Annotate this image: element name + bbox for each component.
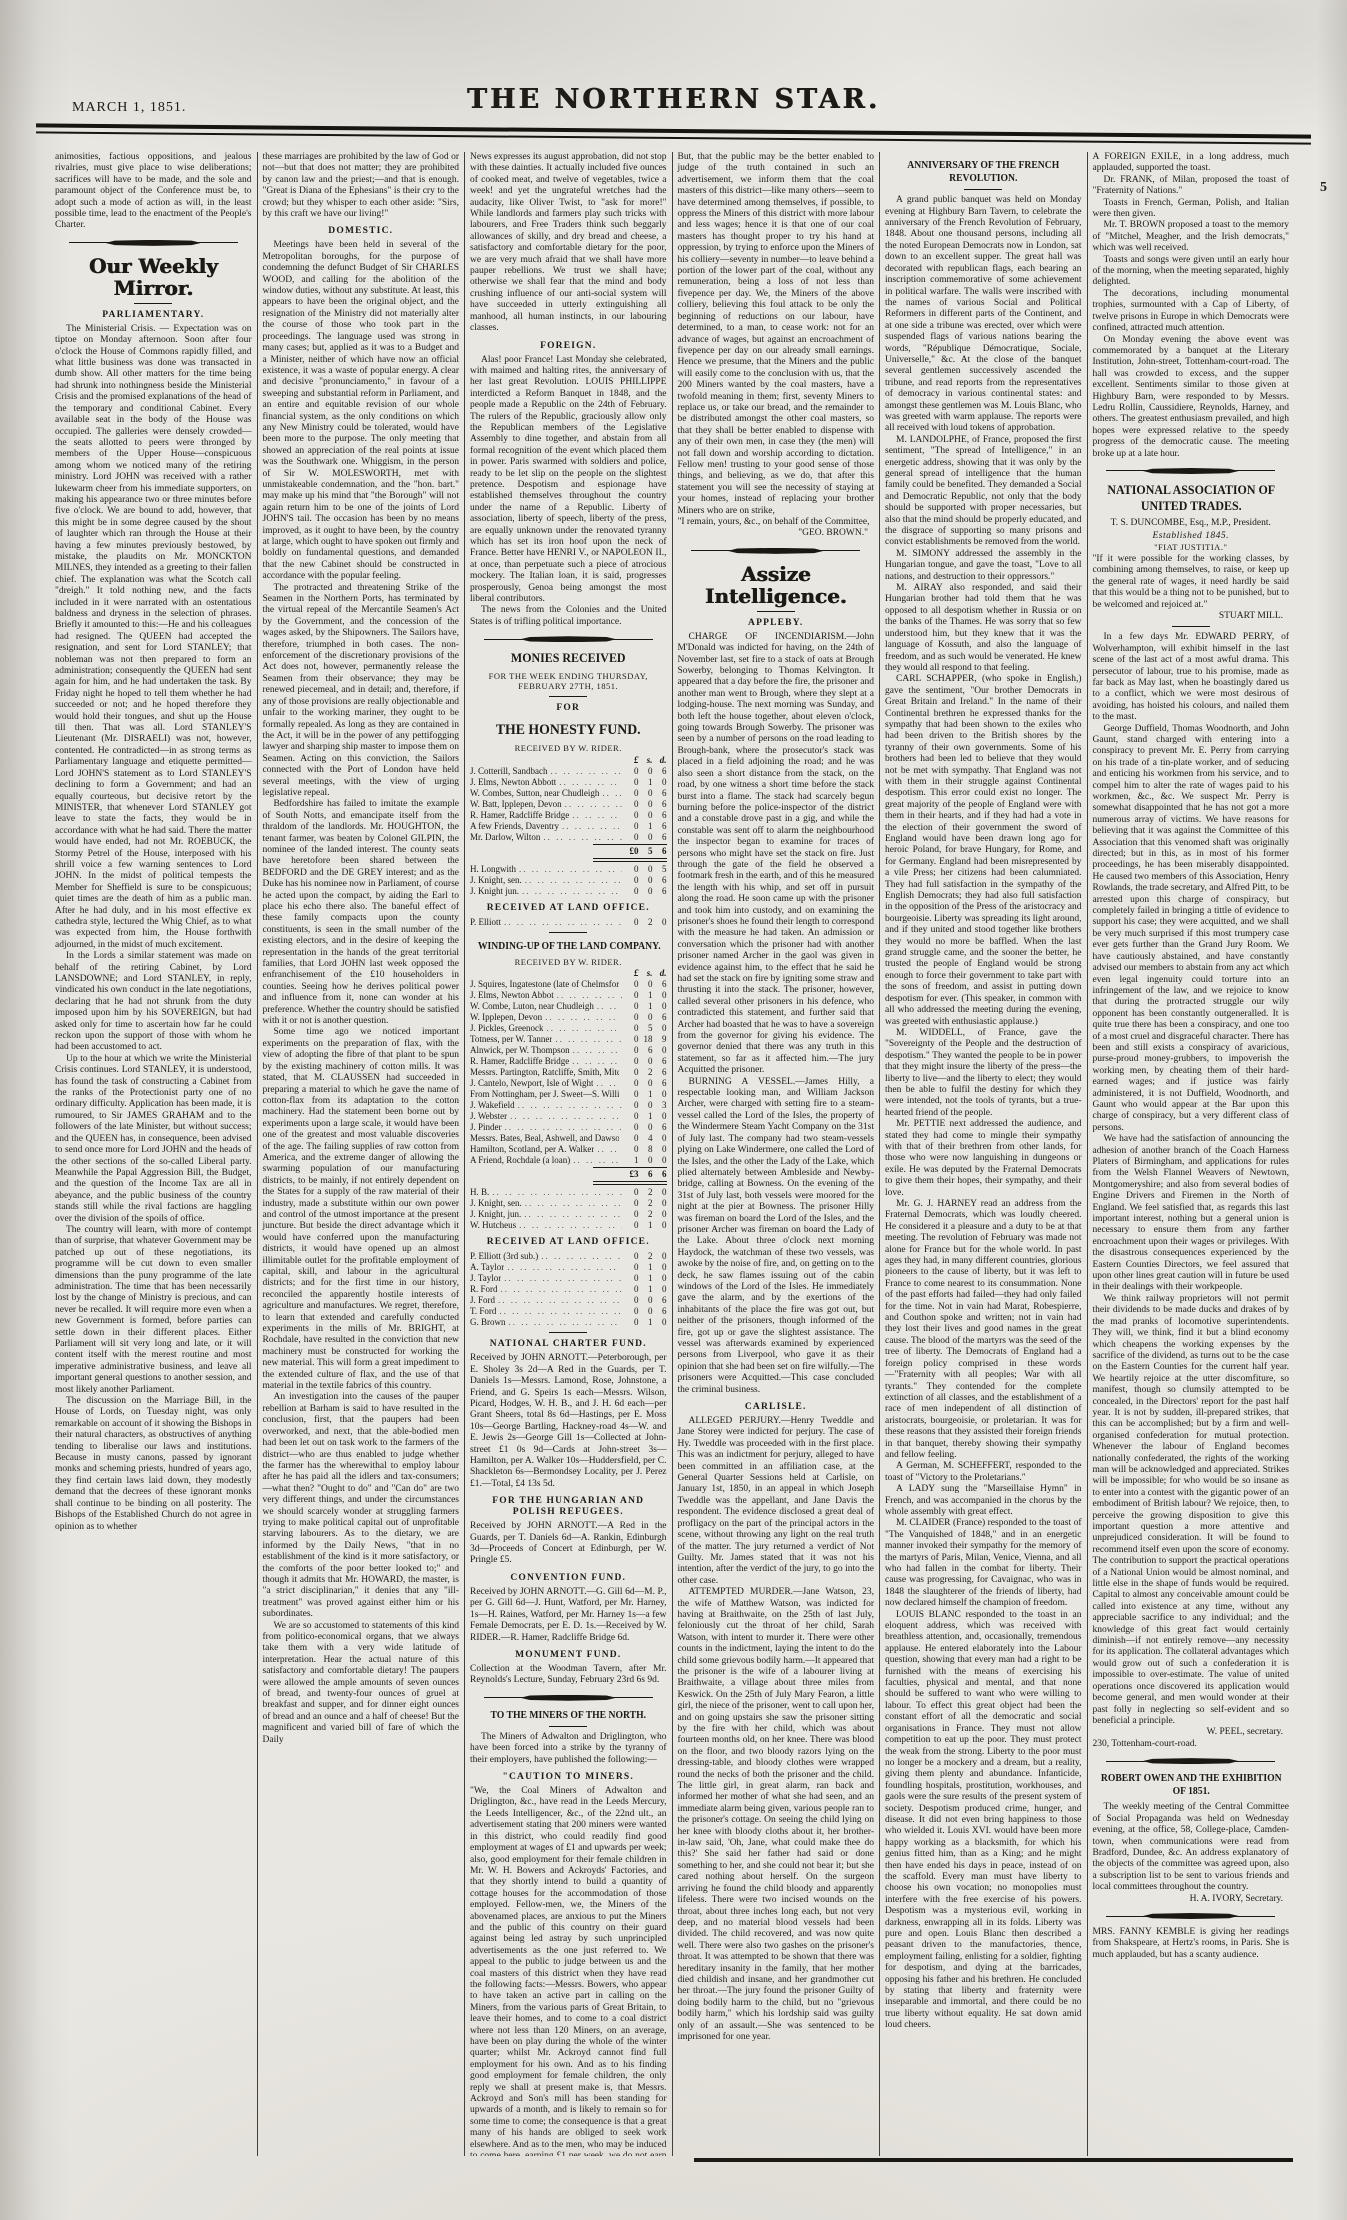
fund-amount: 0 (625, 864, 639, 875)
column-layout: animosities, factious oppositions, and j… (50, 152, 1294, 2156)
fund-amount: 6 (653, 1067, 667, 1078)
article-paragraph: Toasts in French, German, Polish, and It… (1093, 198, 1290, 221)
signature-line: H. A. IVORY, Secretary. (1093, 1894, 1290, 1905)
dot-leader: .. .. .. .. .. .. .. .. .. .. .. .. .. .… (509, 1317, 622, 1328)
fund-donor-name: P. Elliott (470, 917, 501, 928)
fund-amount: 0 (653, 1317, 667, 1328)
dot-leader: .. .. .. .. .. .. .. .. .. .. .. .. .. .… (501, 1284, 622, 1295)
newspaper-column: animosities, factious oppositions, and j… (50, 152, 257, 2156)
article-paragraph: A LADY sung the "Marseillaise Hymn" in F… (885, 1484, 1082, 1518)
section-heading: FOR (470, 703, 667, 714)
fund-donor-name: W. Combes, Sutton, near Chudleigh (470, 788, 599, 799)
fund-row: J. Wakefield .. .. .. .. .. .. .. .. .. … (470, 1100, 667, 1111)
newspaper-column: A FOREIGN EXILE, in a long address, much… (1087, 152, 1295, 2156)
fund-amount: 0 (653, 1023, 667, 1034)
fund-amount: 0 (639, 788, 653, 799)
masthead-title: THE NORTHERN STAR. (0, 84, 1347, 115)
fund-donor-name: W. Hutcheus (470, 1220, 516, 1231)
fund-amount: 2 (639, 1067, 653, 1078)
fund-donor-name: Alnwick, per W. Thompson (470, 1045, 570, 1056)
fund-total-row: £366 (593, 1167, 667, 1185)
fund-table-header: £s.d. (470, 968, 667, 979)
article-paragraph: Some time ago we noticed important exper… (263, 1027, 460, 1392)
fund-amount: 0 (625, 777, 639, 788)
fund-amount: 0 (625, 1034, 639, 1045)
fund-row: J. Pickles, Greenock .. .. .. .. .. .. .… (470, 1023, 667, 1034)
heading-subline: RECEIVED BY W. RIDER. (470, 743, 667, 754)
fund-donor-name: J. Knight, sen. (470, 1198, 522, 1209)
fund-amount: 0 (625, 990, 639, 1001)
fund-amount: 0 (639, 864, 653, 875)
fund-row: J. Elms, Newton Abbot .. .. .. .. .. .. … (470, 990, 667, 1001)
fund-amount: 0 (625, 1045, 639, 1056)
short-rule (549, 1726, 587, 1727)
fund-amount: 2 (639, 1251, 653, 1262)
fund-currency-label: £ (625, 968, 639, 979)
fund-amount: 1 (639, 1001, 653, 1012)
fund-row: P. Elliott (3rd sub.) .. .. .. .. .. .. … (470, 1251, 667, 1262)
fund-amount: 2 (639, 917, 653, 928)
fund-amount: 0 (639, 1012, 653, 1023)
fund-amount: 0 (653, 1187, 667, 1198)
dot-leader: .. .. .. .. .. .. .. .. .. .. .. .. .. .… (507, 1262, 621, 1273)
fund-amount: 3 (653, 1100, 667, 1111)
dot-leader: .. .. .. .. .. .. .. .. .. .. .. .. .. .… (557, 990, 622, 1001)
fund-amount: 1 (639, 1220, 653, 1231)
fund-total-amount: 6 (653, 1169, 667, 1180)
fund-amount: 0 (625, 832, 639, 843)
dot-leader: .. .. .. .. .. .. .. .. .. .. .. .. .. .… (555, 1034, 621, 1045)
fund-donor-name: T. Ford (470, 1306, 496, 1317)
article-paragraph: Mr. PETTIE next addressed the audience, … (885, 1119, 1082, 1199)
short-rule (549, 1332, 587, 1333)
fund-donor-name: R. Hamer, Radcliffe Bridge (470, 810, 569, 821)
dot-leader: .. .. .. .. .. .. .. .. .. .. .. .. .. .… (492, 1187, 621, 1198)
dot-leader: .. .. .. .. .. .. .. .. .. .. .. .. .. .… (572, 1056, 621, 1067)
article-line: 230, Tottenham-court-road. (1093, 1739, 1290, 1750)
fund-donor-name: H. Longwith (470, 864, 516, 875)
fund-amount: 0 (625, 1295, 639, 1306)
fund-row: Messrs. Bates, Beal, Ashwell, and Dawson… (470, 1133, 667, 1144)
fund-row: G. Brown .. .. .. .. .. .. .. .. .. .. .… (470, 1317, 667, 1328)
fund-amount: 0 (625, 1209, 639, 1220)
article-paragraph: A FOREIGN EXILE, in a long address, much… (1093, 152, 1290, 175)
dot-leader: .. .. .. .. .. .. .. .. .. .. .. .. .. .… (541, 1251, 621, 1262)
fund-row: A Friend, Rochdale (a loan) .. .. .. .. … (470, 1155, 667, 1166)
dot-leader: .. .. .. .. .. .. .. .. .. .. .. .. .. .… (519, 864, 622, 875)
fund-amount: 1 (639, 1262, 653, 1273)
fund-donor-name: J. Cantelo, Newport, Isle of Wight (470, 1078, 593, 1089)
fund-donor-name: J. Pickles, Greenock (470, 1023, 543, 1034)
fund-amount: 0 (625, 1100, 639, 1111)
article-headline: ROBERT OWEN AND THE EXHIBITIONOF 1851. (1093, 1772, 1290, 1798)
fund-amount: 0 (653, 1045, 667, 1056)
fund-amount: 1 (639, 990, 653, 1001)
fund-amount: 0 (653, 777, 667, 788)
fund-amount: 0 (625, 886, 639, 897)
fund-amount: 0 (639, 1122, 653, 1133)
page-number: 5 (1320, 180, 1327, 196)
fund-amount: 0 (653, 1209, 667, 1220)
dot-leader: .. .. .. .. .. .. .. .. .. .. .. .. .. .… (545, 1012, 621, 1023)
article-paragraph: BURNING A VESSEL.—James Hilly, a respect… (678, 1077, 875, 1396)
dot-leader: .. .. .. .. .. .. .. .. .. .. .. .. .. .… (551, 766, 622, 777)
article-paragraph: M. WIDDELL, of France, gave the "Soverei… (885, 1028, 1082, 1119)
fund-donor-name: J. Pinder (470, 1122, 502, 1133)
fund-amount: 1 (639, 1111, 653, 1122)
decorative-rule (484, 1695, 653, 1701)
section-heading: FOREIGN. (470, 341, 667, 352)
fund-total-amount: £3 (625, 1169, 639, 1180)
decorative-rule (691, 548, 860, 554)
fund-donor-name: Hamilton, Scotland, per A. Walker (470, 1144, 594, 1155)
fund-amount: 0 (653, 1155, 667, 1166)
article-headline: WINDING-UP OF THE LAND COMPANY. (470, 940, 667, 953)
dot-leader: .. .. .. .. .. .. .. .. .. .. .. .. .. .… (543, 832, 621, 843)
newspaper-column: ANNIVERSARY OF THE FRENCHREVOLUTION.A gr… (879, 152, 1087, 2156)
fund-donor-name: W. Batt, Ipplepen, Devon (470, 799, 562, 810)
dot-leader: .. .. .. .. .. .. .. .. .. .. .. .. .. .… (559, 777, 621, 788)
fund-donor-name: R. Hamer, Radcliffe Bridge (470, 1056, 569, 1067)
fund-amount: 0 (639, 886, 653, 897)
fund-donor-name: J. Knight jun. (470, 886, 519, 897)
signature-line: W. PEEL, secretary. (1093, 1727, 1290, 1738)
short-rule (549, 932, 587, 933)
fund-row: R. Hamer, Radcliffe Bridge .. .. .. .. .… (470, 1056, 667, 1067)
article-paragraph: The news from the Colonies and the Unite… (470, 605, 667, 628)
dot-leader: .. .. .. .. .. .. .. .. .. .. .. .. .. .… (596, 1078, 621, 1089)
fund-row: J. Squires, Ingatestone (late of Chelmsf… (470, 979, 667, 990)
heading-subline: Established 1845. (1093, 531, 1290, 542)
fund-amount: 0 (653, 1133, 667, 1144)
fund-amount: 6 (653, 1122, 667, 1133)
article-paragraph: News expresses its august approbation, d… (470, 152, 667, 335)
article-paragraph: Received by JOHN ARNOTT.—A Red in the Gu… (470, 1521, 667, 1567)
fund-amount: 0 (625, 1067, 639, 1078)
fund-donor-name: J. Elms, Newton Abbott (470, 777, 556, 788)
fund-amount: 5 (639, 1023, 653, 1034)
article-paragraph: LOUIS BLANC responded to the toast in an… (885, 1610, 1082, 2032)
fund-row: J. Knight jun. .. .. .. .. .. .. .. .. .… (470, 886, 667, 897)
fund-amount: 0 (653, 1220, 667, 1231)
article-paragraph: In a few days Mr. EDWARD PERRY, of Wolve… (1093, 632, 1290, 723)
fund-donor-name: A Friend, Rochdale (a loan) (470, 1155, 570, 1166)
fund-amount: 6 (653, 810, 667, 821)
fund-donor-name: A. Taylor (470, 1262, 504, 1273)
fund-amount: 0 (625, 1056, 639, 1067)
fund-amount: 5 (653, 864, 667, 875)
fund-amount: 0 (639, 1295, 653, 1306)
fund-row: P. Elliott .. .. .. .. .. .. .. .. .. ..… (470, 917, 667, 928)
fund-amount: 0 (625, 1317, 639, 1328)
article-paragraph: We think railway proprietors will not pe… (1093, 1294, 1290, 1727)
fund-amount: 0 (639, 979, 653, 990)
fund-row: J. Knight, sen. .. .. .. .. .. .. .. .. … (470, 1198, 667, 1209)
fund-amount: 0 (639, 1306, 653, 1317)
article-paragraph: Up to the hour at which we write the Min… (55, 1054, 252, 1225)
fund-amount: 6 (653, 1056, 667, 1067)
article-paragraph: The decorations, including monumental tr… (1093, 289, 1290, 335)
short-rule (134, 303, 172, 304)
article-paragraph: Received by JOHN ARNOTT.—G. Gill 6d—M. P… (470, 1587, 667, 1644)
fund-amount: 0 (653, 990, 667, 1001)
fund-amount: 0 (625, 766, 639, 777)
fund-amount: 0 (625, 810, 639, 821)
article-headline: NATIONAL ASSOCIATION OFUNITED TRADES. (1093, 482, 1290, 515)
article-paragraph: CARL SCHAPPER, (who spoke in English,) g… (885, 674, 1082, 1028)
fund-currency-label: £ (625, 755, 639, 766)
fund-amount: 0 (653, 917, 667, 928)
fund-amount: 0 (653, 1144, 667, 1155)
article-headline: TO THE MINERS OF THE NORTH. (470, 1709, 667, 1722)
dot-leader: .. .. .. .. .. .. .. .. .. .. .. .. .. .… (597, 1001, 622, 1012)
article-paragraph: ALLEGED PERJURY.—Henry Tweddle and Jane … (678, 1416, 875, 1587)
section-heading: APPLEBY. (678, 618, 875, 629)
fund-donor-name: H. B. (470, 1187, 489, 1198)
fund-row: A few Friends, Daventry .. .. .. .. .. .… (470, 821, 667, 832)
fund-amount: 18 (639, 1034, 653, 1045)
section-heading: CONVENTION FUND. (470, 1573, 667, 1584)
fund-total-amount: 6 (639, 1169, 653, 1180)
article-paragraph: A grand public banquet was held on Monda… (885, 195, 1082, 435)
article-paragraph: Mr. G. J. HARNEY read an address from th… (885, 1199, 1082, 1461)
fund-amount: 0 (639, 1100, 653, 1111)
fund-donor-name: J. Knight, sen. (470, 875, 522, 886)
fund-amount: 6 (653, 979, 667, 990)
fund-amount: 0 (639, 832, 653, 843)
article-paragraph: M. CLAIDER (France) responded to the toa… (885, 1518, 1082, 1609)
fund-amount: 0 (639, 766, 653, 777)
fund-donor-name: R. Ford (470, 1284, 498, 1295)
fund-amount: 0 (625, 1144, 639, 1155)
dot-leader: .. .. .. .. .. .. .. .. .. .. .. .. .. .… (510, 1111, 621, 1122)
decorative-rule (1106, 1758, 1275, 1764)
dot-leader: .. .. .. .. .. .. .. .. .. .. .. .. .. .… (573, 1155, 621, 1166)
fund-amount: 0 (653, 1089, 667, 1100)
fund-amount: 1 (639, 1089, 653, 1100)
fund-amount: 6 (653, 1012, 667, 1023)
section-heading: NATIONAL CHARTER FUND. (470, 1339, 667, 1350)
section-heading: RECEIVED AT LAND OFFICE. (470, 903, 667, 914)
fund-amount: 4 (639, 1133, 653, 1144)
fund-amount: 0 (625, 1306, 639, 1317)
fund-row: W. Batt, Ipplepen, Devon .. .. .. .. .. … (470, 799, 667, 810)
fund-amount: 0 (625, 1262, 639, 1273)
decorative-rule (1106, 468, 1275, 474)
fund-amount: 6 (653, 821, 667, 832)
short-rule (1172, 626, 1210, 627)
fund-donor-name: W. Combe, Luton, near Chudleigh (470, 1001, 594, 1012)
dot-leader: .. .. .. .. .. .. .. .. .. .. .. .. .. .… (524, 1209, 621, 1220)
fund-amount: 0 (625, 1198, 639, 1209)
article-paragraph: "We, the Coal Miners of Adwalton and Dri… (470, 1786, 667, 2156)
signature-line: "GEO. BROWN." (678, 528, 875, 539)
fund-amount: 0 (639, 875, 653, 886)
dot-leader: .. .. .. .. .. .. .. .. .. .. .. .. .. .… (565, 799, 622, 810)
article-paragraph: animosities, factious oppositions, and j… (55, 152, 252, 232)
fund-row: Alnwick, per W. Thompson .. .. .. .. .. … (470, 1045, 667, 1056)
fund-currency-label: s. (639, 755, 653, 766)
fund-total-amount: £0 (625, 846, 639, 857)
article-line: T. S. DUNCOMBE, Esq., M.P., President. (1093, 518, 1290, 529)
fund-amount: 0 (639, 810, 653, 821)
fund-amount: 1 (639, 1273, 653, 1284)
dot-leader: .. .. .. .. .. .. .. .. .. .. .. .. .. .… (519, 1220, 621, 1231)
decorative-rule (69, 240, 238, 246)
section-heading: CARLISLE. (678, 1402, 875, 1413)
fund-donor-name: J. Knight, jun. (470, 1209, 521, 1220)
fund-donor-name: W. Ipplepen, Devon (470, 1012, 542, 1023)
fund-amount: 0 (625, 1187, 639, 1198)
fund-amount: 0 (653, 1262, 667, 1273)
article-paragraph: MRS. FANNY KEMBLE is giving her readings… (1093, 1927, 1290, 1961)
fund-donor-name: J. Taylor (470, 1273, 501, 1284)
fund-amount: 6 (653, 766, 667, 777)
fund-amount: 0 (625, 1122, 639, 1133)
fund-row: W. Combes, Sutton, near Chudleigh .. .. … (470, 788, 667, 799)
article-line: "I remain, yours, &c., on behalf of the … (678, 517, 875, 528)
dot-leader: .. .. .. .. .. .. .. .. .. .. .. .. .. .… (562, 821, 622, 832)
article-headline: ANNIVERSARY OF THE FRENCHREVOLUTION. (885, 159, 1082, 185)
fund-donor-name: G. Brown (470, 1317, 506, 1328)
fund-amount: 0 (653, 1251, 667, 1262)
article-paragraph: ATTEMPTED MURDER.—Jane Watson, 23, the w… (678, 1587, 875, 2043)
signature-line: STUART MILL. (1093, 611, 1290, 622)
fund-amount: 6 (653, 875, 667, 886)
fund-amount: 9 (653, 1034, 667, 1045)
fund-row: H. B. .. .. .. .. .. .. .. .. .. .. .. .… (470, 1187, 667, 1198)
article-paragraph: In the Lords a similar statement was mad… (55, 951, 252, 1054)
fund-amount: 6 (653, 1295, 667, 1306)
fund-donor-name: J. Ford (470, 1295, 495, 1306)
dot-leader: .. .. .. .. .. .. .. .. .. .. .. .. .. .… (525, 875, 622, 886)
dot-leader: .. .. .. .. .. .. .. .. .. .. .. .. .. .… (546, 1023, 621, 1034)
fund-donor-name: J. Webster (470, 1111, 507, 1122)
fund-amount: 0 (625, 1001, 639, 1012)
section-heading: FOR THE HUNGARIAN AND POLISH REFUGEES. (470, 1496, 667, 1518)
fund-row: R. Ford .. .. .. .. .. .. .. .. .. .. ..… (470, 1284, 667, 1295)
decorative-rule (484, 636, 653, 642)
fund-amount: 6 (653, 886, 667, 897)
fund-amount: 0 (653, 1111, 667, 1122)
dot-leader: .. .. .. .. .. .. .. .. .. .. .. .. .. .… (602, 788, 621, 799)
fund-donor-name: From Nottingham, per J. Sweet—S. William… (470, 1089, 619, 1100)
fund-total-row: £056 (593, 844, 667, 862)
article-paragraph: The protracted and threatening Strike of… (263, 583, 460, 800)
fund-donor-name: Totness, per W. Tanner (470, 1034, 552, 1045)
section-heading: MONUMENT FUND. (470, 1650, 667, 1661)
fund-currency-label: d. (653, 755, 667, 766)
fund-row: T. Ford .. .. .. .. .. .. .. .. .. .. ..… (470, 1306, 667, 1317)
short-rule (549, 696, 587, 697)
fund-amount: 6 (653, 788, 667, 799)
fund-row: J. Cantelo, Newport, Isle of Wight .. ..… (470, 1078, 667, 1089)
fund-row: J. Knight, jun. .. .. .. .. .. .. .. .. … (470, 1209, 667, 1220)
fund-amount: 6 (653, 832, 667, 843)
fund-amount: 0 (625, 875, 639, 886)
fund-amount: 0 (625, 1133, 639, 1144)
fund-amount: 1 (639, 1284, 653, 1295)
dot-leader: .. .. .. .. .. .. .. .. .. .. .. .. .. .… (518, 1100, 622, 1111)
fund-row: Hamilton, Scotland, per A. Walker .. .. … (470, 1144, 667, 1155)
article-paragraph: Bedfordshire has failed to imitate the e… (263, 799, 460, 1027)
fund-donor-name: Messrs. Bates, Beal, Ashwell, and Dawson… (470, 1133, 619, 1144)
fund-amount: 0 (653, 1273, 667, 1284)
fund-amount: 1 (639, 777, 653, 788)
fund-donor-name: J. Wakefield (470, 1100, 515, 1111)
fund-donor-name: J. Squires, Ingatestone (late of Chelmsf… (470, 979, 619, 990)
fund-row: J. Cotterill, Sandbach .. .. .. .. .. ..… (470, 766, 667, 777)
section-heading: RECEIVED AT LAND OFFICE. (470, 1237, 667, 1248)
article-paragraph: M. SIMONY addressed the assembly in the … (885, 549, 1082, 583)
section-heading: DOMESTIC. (263, 226, 460, 237)
fund-row: Totness, per W. Tanner .. .. .. .. .. ..… (470, 1034, 667, 1045)
fund-donor-name: J. Elms, Newton Abbot (470, 990, 554, 1001)
article-paragraph: Toasts and songs were given until an ear… (1093, 255, 1290, 289)
fund-amount: 0 (639, 799, 653, 810)
heading-subline: RECEIVED BY W. RIDER. (470, 957, 667, 968)
article-paragraph: these marriages are prohibited by the la… (263, 152, 460, 220)
fund-amount: 1 (639, 821, 653, 832)
bottom-rule (694, 2158, 1293, 2162)
fund-amount: 0 (625, 917, 639, 928)
fund-amount: 0 (625, 1023, 639, 1034)
fund-amount: 0 (625, 979, 639, 990)
fund-amount: 0 (653, 1198, 667, 1209)
fund-row: R. Hamer, Radcliffe Bridge .. .. .. .. .… (470, 810, 667, 821)
fund-amount: 0 (625, 788, 639, 799)
fund-row: J. Pinder .. .. .. .. .. .. .. .. .. .. … (470, 1122, 667, 1133)
newspaper-column: News expresses its august approbation, d… (464, 152, 672, 2156)
fund-amount: 6 (653, 799, 667, 810)
article-paragraph: Collection at the Woodman Tavern, after … (470, 1664, 667, 1687)
article-paragraph: Mr. T. BROWN proposed a toast to the mem… (1093, 220, 1290, 254)
fund-amount: 0 (653, 1284, 667, 1295)
fund-amount: 0 (625, 799, 639, 810)
fund-amount: 6 (653, 1078, 667, 1089)
article-paragraph: CHARGE OF INCENDIARISM.—John M'Donald wa… (678, 632, 875, 1077)
article-paragraph: We have had the satisfaction of announci… (1093, 1134, 1290, 1294)
article-paragraph: An investigation into the causes of the … (263, 1392, 460, 1620)
fund-amount: 1 (639, 1317, 653, 1328)
article-paragraph: Meetings have been held in several of th… (263, 240, 460, 582)
fund-row: J. Knight, sen. .. .. .. .. .. .. .. .. … (470, 875, 667, 886)
fund-row: Mr. Darlow, Wilton .. .. .. .. .. .. .. … (470, 832, 667, 843)
article-paragraph: But, that the public may be the better e… (678, 152, 875, 517)
fund-donor-name: J. Cotterill, Sandbach (470, 766, 548, 777)
blackletter-heading: Assize Intelligence. (678, 563, 875, 607)
fund-amount: 0 (639, 1078, 653, 1089)
fund-amount: 8 (639, 1144, 653, 1155)
fund-amount: 0 (639, 1155, 653, 1166)
fund-amount: 0 (625, 1078, 639, 1089)
article-paragraph: We are so accustomed to statements of th… (263, 1621, 460, 1746)
article-paragraph: M. AIRAY also responded, and said their … (885, 583, 1082, 674)
fund-amount: 0 (625, 1089, 639, 1100)
fund-row: W. Hutcheus .. .. .. .. .. .. .. .. .. .… (470, 1220, 667, 1231)
fund-row: H. Longwith .. .. .. .. .. .. .. .. .. .… (470, 864, 667, 875)
dot-leader: .. .. .. .. .. .. .. .. .. .. .. .. .. .… (498, 1295, 621, 1306)
dot-leader: .. .. .. .. .. .. .. .. .. .. .. .. .. .… (525, 1198, 622, 1209)
fund-row: From Nottingham, per J. Sweet—S. William… (470, 1089, 667, 1100)
article-paragraph: The country will learn, with more of con… (55, 1225, 252, 1396)
blackletter-heading: Our Weekly Mirror. (55, 255, 252, 299)
dot-leader: .. .. .. .. .. .. .. .. .. .. .. .. .. .… (504, 917, 621, 928)
fund-amount: 6 (639, 1045, 653, 1056)
dot-leader: .. .. .. .. .. .. .. .. .. .. .. .. .. .… (499, 1306, 621, 1317)
fund-amount: 0 (625, 1273, 639, 1284)
article-paragraph: The Miners of Adwalton and Driglington, … (470, 1732, 667, 1766)
